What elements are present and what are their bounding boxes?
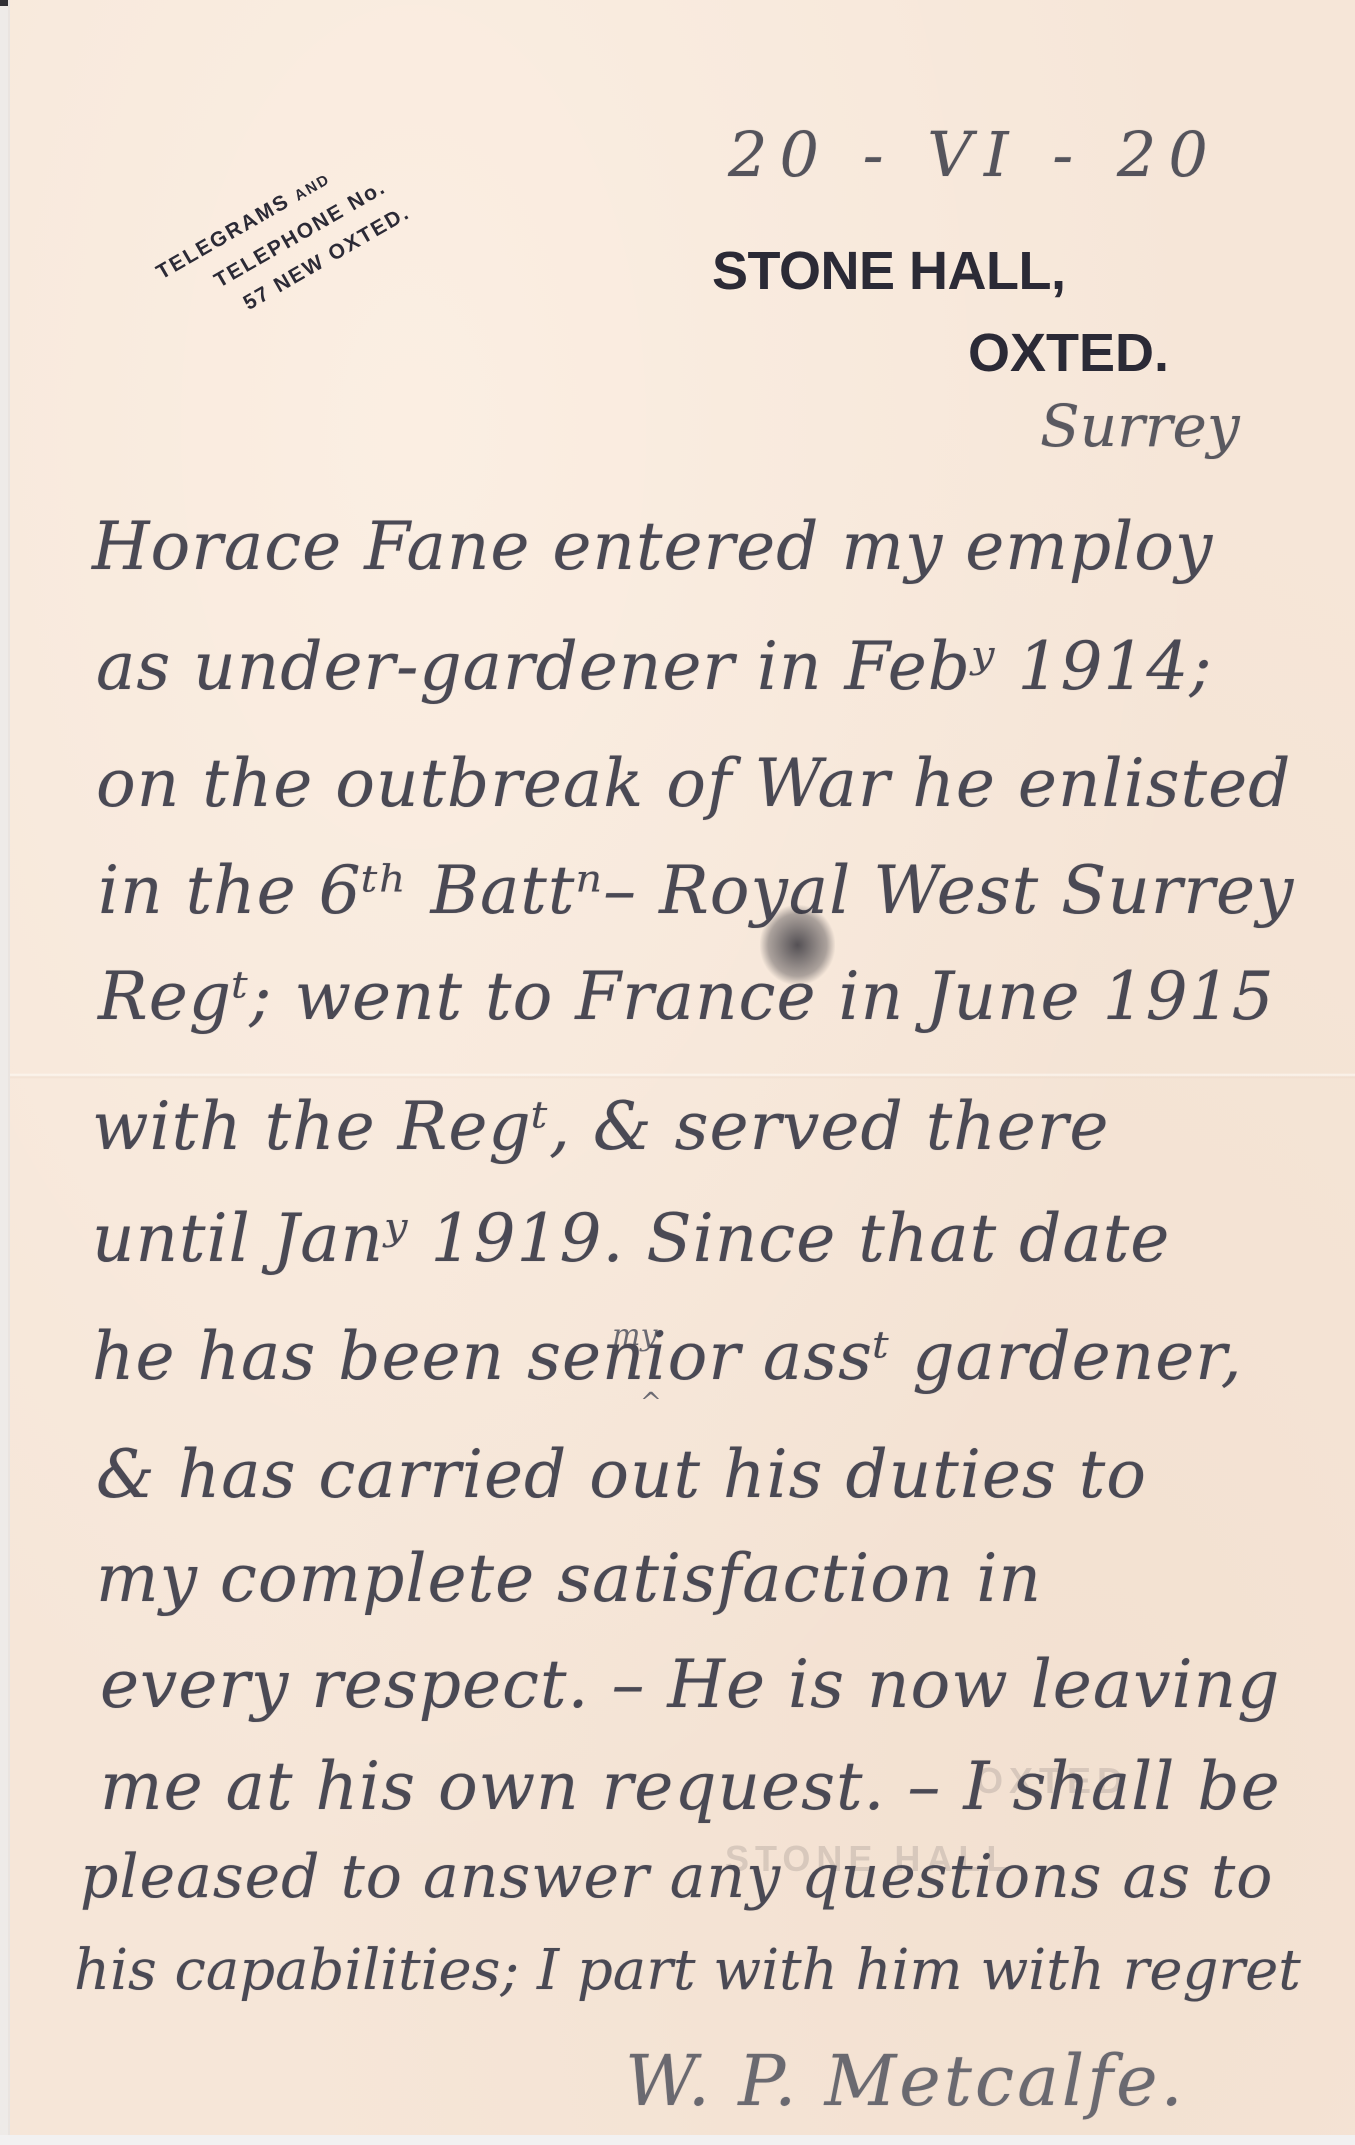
scan-left-edge [0,0,10,2145]
letter-line-13: pleased to answer any questions as to [80,1842,1273,1912]
handwritten-county: Surrey [1040,392,1240,460]
letter-line-1: Horace Fane entered my employ [92,508,1213,585]
letter-line-12: me at his own request. – I shall be [100,1748,1281,1825]
letter-date: 20 - VI - 20 [728,118,1220,191]
letter-line-6: with the Regᵗ, & served there [92,1088,1109,1165]
letter-line-11: every respect. – He is now leaving [100,1646,1280,1723]
letter-line-7: until Janʸ 1919. Since that date [92,1200,1170,1277]
letter-line-5: Regᵗ; went to France in June 1915 [98,958,1275,1035]
letterhead-house-name: STONE HALL, [712,240,1066,302]
paper-fold-line [10,1073,1355,1079]
letter-line-4: in the 6ᵗʰ Battⁿ– Royal West Surrey [98,852,1294,929]
letter-line-9: & has carried out his duties to [96,1436,1147,1513]
letter-line-8: he has been senior assᵗ gardener, [92,1318,1243,1395]
letter-line-2: as under-gardener in Febʸ 1914; [96,628,1213,705]
letterhead-town: OXTED. [968,322,1169,384]
signature: W. P. Metcalfe. [625,2040,1186,2122]
letter-line-10: my complete satisfaction in [96,1540,1042,1617]
letter-line-3: on the outbreak of War he enlisted [96,745,1291,822]
letter-line-14: his capabilities; I part with him with r… [74,1938,1301,2003]
scan-bottom-edge [0,2135,1355,2145]
